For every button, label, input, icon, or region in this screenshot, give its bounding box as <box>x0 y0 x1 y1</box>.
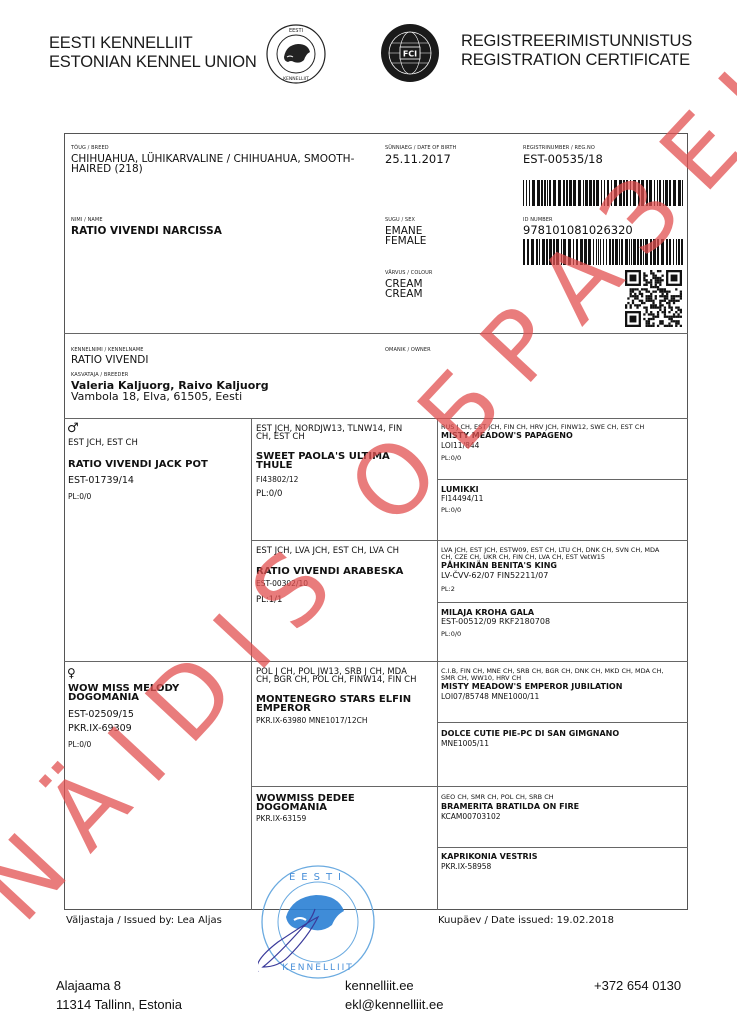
qr-code <box>625 270 682 327</box>
name-line: DOGOMANIA <box>256 803 355 812</box>
svg-text:EESTI: EESTI <box>289 28 303 34</box>
address-line: Alajaama 8 <box>56 976 182 995</box>
email-link[interactable]: ekl@kennelliit.ee <box>345 995 443 1014</box>
sex-value: EMANE FEMALE <box>385 226 426 246</box>
fci-globe-logo-icon: FCI <box>378 23 442 83</box>
issued-by: Väljastaja / Issued by: Lea Aljas <box>66 915 222 926</box>
sire-dam-titles: EST JCH, LVA JCH, EST CH, LVA CH <box>256 548 399 556</box>
divider <box>251 540 688 541</box>
sire-sire-titles: EST JCH, NORDJW13, TLNW14, FIN CH, EST C… <box>256 425 402 441</box>
ssd-reg: FI14494/11 <box>441 495 483 503</box>
svg-text:FCI: FCI <box>403 50 417 59</box>
name-label: NIMI / NAME <box>71 217 103 223</box>
colour-english: CREAM <box>385 289 423 299</box>
dss-reg: LOI07/85748 MNE1000/11 <box>441 693 539 701</box>
divider <box>437 479 688 480</box>
breeder-address: Vambola 18, Elva, 61505, Eesti <box>71 392 242 402</box>
titles-line: CH, EST CH <box>256 433 402 441</box>
dam-sire-reg: PKR.IX-63980 MNE1017/12CH <box>256 717 368 725</box>
sdd-pl: PL:0/0 <box>441 631 461 638</box>
footer-contact: kennelliit.ee ekl@kennelliit.ee <box>345 976 443 1014</box>
doc-title-estonian: REGISTREERIMISTUNNISTUS <box>461 32 692 51</box>
dam-reg-2: PKR.IX-69309 <box>68 724 132 734</box>
organization-name: EESTI KENNELLIIT ESTONIAN KENNEL UNION <box>49 34 257 72</box>
dam-sire-titles: POL J CH, POL JW13, SRB J CH, MDA CH, BG… <box>256 668 416 684</box>
sss-reg: LOI11/844 <box>441 442 479 450</box>
breed-label: TÕUG / BREED <box>71 145 109 151</box>
divider <box>251 786 688 787</box>
dds-name: BRAMERITA BRATILDA ON FIRE <box>441 803 579 811</box>
divider <box>437 722 688 723</box>
svg-text:KENNELLIIT: KENNELLIIT <box>283 76 309 82</box>
sex-label: SUGU / SEX <box>385 217 415 223</box>
address-line: 11314 Tallinn, Estonia <box>56 995 182 1014</box>
sire-sire-reg: FI43802/12 <box>256 476 298 484</box>
divider <box>64 418 688 419</box>
kennelname-label: KENNELNIMI / KENNELNAME <box>71 347 144 353</box>
sss-pl: PL:0/0 <box>441 455 461 462</box>
name-line: DOGOMANIA <box>68 693 179 702</box>
dsd-name: DOLCE CUTIE PIE-PC DI SAN GIMGNANO <box>441 730 619 738</box>
colour-label: VÄRVUS / COLOUR <box>385 270 432 276</box>
website-link[interactable]: kennelliit.ee <box>345 976 443 995</box>
dam-pl: PL:0/0 <box>68 741 91 749</box>
sds-titles: LVA JCH, EST JCH, ESTW09, EST CH, LTU CH… <box>441 547 659 560</box>
name-line: THULE <box>256 461 390 470</box>
sds-reg: LV-ČVV-62/07 FIN52211/07 <box>441 572 548 580</box>
dam-dam-reg: PKR.IX-63159 <box>256 815 306 823</box>
dss-name: MISTY MEADOW'S EMPEROR JUBILATION <box>441 683 622 691</box>
female-symbol-icon: ♀ <box>67 667 76 679</box>
regno-label: REGISTRINUMBER / REG.NO <box>523 145 595 151</box>
dsd-reg: MNE1005/11 <box>441 740 489 748</box>
sire-reg: EST-01739/14 <box>68 476 134 486</box>
colour-value: CREAM CREAM <box>385 279 423 299</box>
sex-english: FEMALE <box>385 236 426 246</box>
sss-name: MISTY MEADOW'S PAPAGENO <box>441 432 573 440</box>
sire-titles: EST JCH, EST CH <box>68 440 138 448</box>
dss-titles: C.I.B, FIN CH, MNE CH, SRB CH, BGR CH, D… <box>441 668 664 681</box>
ekl-dog-logo-icon: EESTI KENNELLIIT <box>265 23 327 85</box>
breed-value: CHIHUAHUA, LÜHIKARVALINE / CHIHUAHUA, SM… <box>71 154 354 174</box>
footer-address: Alajaama 8 11314 Tallinn, Estonia <box>56 976 182 1014</box>
breeder-label: KASVATAJA / BREEDER <box>71 372 128 378</box>
kennel-union-stamp-icon: EESTI KENNELLIIT <box>258 862 378 982</box>
dds-reg: KCAM00703102 <box>441 813 501 821</box>
org-name-estonian: EESTI KENNELLIIT <box>49 34 257 53</box>
divider <box>437 602 688 603</box>
divider <box>64 661 688 662</box>
doc-title-english: REGISTRATION CERTIFICATE <box>461 51 692 70</box>
kennelname-value: RATIO VIVENDI <box>71 355 148 365</box>
ssd-pl: PL:0/0 <box>441 507 461 514</box>
divider <box>437 418 438 910</box>
document-title: REGISTREERIMISTUNNISTUS REGISTRATION CER… <box>461 32 692 70</box>
divider <box>251 418 252 910</box>
sdd-reg: EST-00512/09 RKF2180708 <box>441 618 550 626</box>
ddd-name: KAPRIKONIA VESTRIS <box>441 853 537 861</box>
sire-dam-pl: PL:1/1 <box>256 597 282 605</box>
dam-reg-1: EST-02509/15 <box>68 710 134 720</box>
dds-titles: GEO CH, SMR CH, POL CH, SRB CH <box>441 794 554 801</box>
sds-pl: PL:2 <box>441 586 455 593</box>
sire-pl: PL:0/0 <box>68 493 91 501</box>
titles-line: CH, BGR CH, POL CH, FINW14, FIN CH <box>256 676 416 684</box>
sire-dam-reg: EST-00302/10 <box>256 580 308 588</box>
date-issued: Kuupäev / Date issued: 19.02.2018 <box>438 915 614 926</box>
footer-phone: +372 654 0130 <box>594 976 681 995</box>
id-number-value: 978101081026320 <box>523 225 633 235</box>
owner-label: OMANIK / OWNER <box>385 347 431 353</box>
divider <box>437 847 688 848</box>
sdd-name: MILAJA KROHA GALA <box>441 609 534 617</box>
dam-name: WOW MISS MELODY DOGOMANIA <box>68 684 179 702</box>
org-name-english: ESTONIAN KENNEL UNION <box>49 53 257 72</box>
sire-sire-name: SWEET PAOLA'S ULTIMA THULE <box>256 452 390 470</box>
dob-value: 25.11.2017 <box>385 154 451 164</box>
regno-barcode <box>523 180 683 206</box>
name-line: EMPEROR <box>256 704 411 713</box>
id-number-barcode <box>523 239 683 265</box>
regno-value: EST-00535/18 <box>523 154 603 164</box>
ssd-name: LUMIKKI <box>441 486 479 494</box>
sire-sire-pl: PL:0/0 <box>256 491 282 499</box>
dam-dam-name: WOWMISS DEDEE DOGOMANIA <box>256 794 355 812</box>
male-symbol-icon: ♂ <box>67 423 79 435</box>
sss-titles: RUS J CH, EST JCH, FIN CH, HRV JCH, FINW… <box>441 424 644 431</box>
svg-text:EESTI: EESTI <box>289 872 347 883</box>
sire-name: RATIO VIVENDI JACK POT <box>68 460 208 470</box>
sire-dam-name: RATIO VIVENDI ARABESKA <box>256 567 403 577</box>
dog-name: RATIO VIVENDI NARCISSA <box>71 226 222 236</box>
dob-label: SÜNNIAEG / DATE OF BIRTH <box>385 145 456 151</box>
sds-name: PÅHKINÄN BENITA'S KING <box>441 562 557 570</box>
titles-line: SMR CH, WW10, HRV CH <box>441 675 664 682</box>
titles-line: CH, CZE CH, UKR CH, FIN CH, LVA CH, EST … <box>441 554 659 561</box>
ddd-reg: PKR.IX-58958 <box>441 863 491 871</box>
dam-sire-name: MONTENEGRO STARS ELFIN EMPEROR <box>256 695 411 713</box>
divider <box>64 333 688 334</box>
svg-text:KENNELLIIT: KENNELLIIT <box>282 963 354 973</box>
breed-line-2: HAIRED (218) <box>71 164 354 174</box>
